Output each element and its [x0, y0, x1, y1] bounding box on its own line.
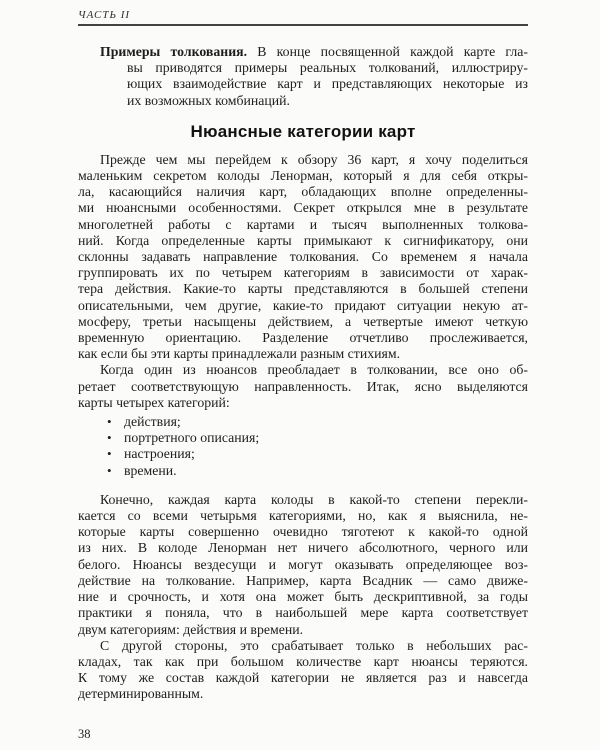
bullet-icon: •	[107, 414, 112, 430]
running-header: ЧАСТЬ II	[78, 9, 528, 21]
text-line: которые карты совершенно очевидно тяготе…	[78, 524, 528, 540]
text-column: ЧАСТЬ II Примеры толкования. В конце пос…	[78, 0, 528, 703]
paragraph-lead-bold: Примеры толкования.	[100, 44, 247, 59]
paragraph: Прежде чем мы перейдем к обзору 36 карт,…	[78, 152, 528, 363]
text-line: склонны задавать направление толкования.…	[78, 249, 528, 265]
text-line: кается со всеми четырьмя категориями, но…	[78, 508, 528, 524]
text-line: Когда один из нюансов преобладает в толк…	[78, 362, 528, 378]
text-line: маленьким секретом колоды Ленорман, кото…	[78, 168, 528, 184]
bullet-icon: •	[107, 446, 112, 462]
text-line: вы приводятся примеры реальных толковани…	[127, 60, 528, 76]
paragraph: Конечно, каждая карта колоды в какой-то …	[78, 492, 528, 638]
page-number: 38	[78, 727, 91, 742]
text-line: мосферу, третьи насыщены действием, а че…	[78, 314, 528, 330]
paragraph: Когда один из нюансов преобладает в толк…	[78, 362, 528, 411]
text-line: как если бы эти карты принадлежали разны…	[78, 346, 528, 362]
text-line: ла, касающийся наличия карт, обладающих …	[78, 184, 528, 200]
text-line: их возможных комбинаций.	[127, 93, 528, 109]
paragraph: С другой стороны, это срабатывает только…	[78, 638, 528, 703]
text-line: Прежде чем мы перейдем к обзору 36 карт,…	[78, 152, 528, 168]
text-line: К тому же состав каждой категории не явл…	[78, 670, 528, 686]
text-line: из них. В колоде Ленорман нет ничего абс…	[78, 540, 528, 556]
text-line: группировать их по четырем категориям в …	[78, 265, 528, 281]
text-line: кладах, так как при большом количестве к…	[78, 654, 528, 670]
text-line: временную ориентацию. Разделение отчетли…	[78, 330, 528, 346]
list-item-text: портретного описания;	[124, 430, 259, 445]
text-line: Примеры толкования. В конце посвященной …	[127, 44, 528, 60]
list-item-text: действия;	[124, 414, 181, 429]
text-line: описательными, чем другие, какие-то прид…	[78, 298, 528, 314]
text-line: ми нюансными особенностями. Секрет откры…	[78, 200, 528, 216]
text-line: двум категориям: действия и времени.	[78, 622, 528, 638]
bullet-list: •действия;•портретного описания;•настрое…	[78, 414, 528, 479]
list-item: •действия;	[78, 414, 528, 430]
bullet-icon: •	[107, 463, 112, 479]
text-line: многолетней работы с картами и тысяч вып…	[78, 217, 528, 233]
text-line: карты четырех категорий:	[78, 395, 528, 411]
section-heading: Нюансные категории карт	[78, 122, 528, 142]
bullet-icon: •	[107, 430, 112, 446]
text-line: Конечно, каждая карта колоды в какой-то …	[78, 492, 528, 508]
list-item: •настроения;	[78, 446, 528, 462]
text-line: белого. Нюансы вездесущи и могут оказыва…	[78, 557, 528, 573]
paragraph: Примеры толкования. В конце посвященной …	[78, 44, 528, 109]
text-line: практики я поняла, что в наибольшей мере…	[78, 605, 528, 621]
text-line: ющих взаимодействие карт и представляющи…	[127, 76, 528, 92]
running-header-text: ЧАСТЬ II	[78, 9, 130, 21]
text-line: ний. Когда определенные карты примыкают …	[78, 233, 528, 249]
text-line: действие на толкование. Например, карта …	[78, 573, 528, 589]
list-item-text: времени.	[124, 463, 177, 478]
text-line: ретает соответствующую направленность. И…	[78, 379, 528, 395]
list-item-text: настроения;	[124, 446, 195, 461]
text-line: тера действия. Какие-то карты представля…	[78, 281, 528, 297]
list-item: •портретного описания;	[78, 430, 528, 446]
text-line: ние и срочность, и хотя она может быть д…	[78, 589, 528, 605]
header-rule	[78, 24, 528, 26]
text-line: С другой стороны, это срабатывает только…	[78, 638, 528, 654]
book-page: ЧАСТЬ II Примеры толкования. В конце пос…	[0, 0, 600, 750]
text-line: детерминированным.	[78, 686, 528, 702]
list-item: •времени.	[78, 463, 528, 479]
paragraph-gap	[78, 479, 528, 492]
page-content: Примеры толкования. В конце посвященной …	[78, 44, 528, 703]
